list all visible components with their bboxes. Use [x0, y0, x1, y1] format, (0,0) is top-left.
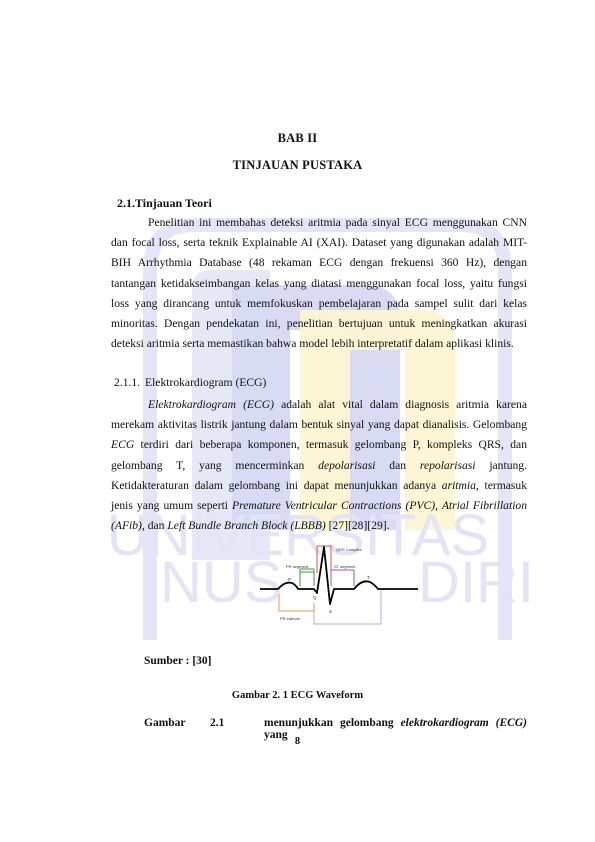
- svg-text:Q: Q: [313, 595, 317, 600]
- subsection-title: Elektrokardiogram (ECG): [145, 376, 266, 389]
- paragraph-line: gelombang T, yang mencerminkan depolaris…: [111, 456, 527, 476]
- subsection-number: 2.1.1.: [114, 376, 145, 389]
- svg-text:S: S: [329, 609, 332, 614]
- svg-text:R: R: [322, 550, 326, 556]
- subsection-heading: 2.1.1.Elektrokardiogram (ECG): [114, 376, 266, 389]
- paragraph-line: (AFib), dan Left Bundle Branch Block (LB…: [111, 516, 527, 536]
- paragraph-line: tantangan ketidakseimbangan kelas yang d…: [111, 274, 527, 294]
- chapter-number: BAB II: [0, 131, 595, 146]
- svg-text:ST segment: ST segment: [334, 564, 356, 569]
- paragraph-line: Penelitian ini membahas deteksi aritmia …: [111, 213, 527, 233]
- figure-caption: Gambar 2. 1 ECG Waveform: [0, 690, 595, 701]
- paragraph-line: Elektrokardiogram (ECG) adalah alat vita…: [111, 395, 527, 415]
- paragraph-line: loss yang dirancang untuk memfokuskan pe…: [111, 294, 527, 314]
- paragraph-line: ECG terdiri dari beberapa komponen, term…: [111, 435, 527, 455]
- page-number: 8: [0, 736, 595, 747]
- svg-text:P: P: [288, 577, 291, 582]
- ecg-waveform-figure: R QRS Complex PR segment ST segment P T …: [258, 541, 423, 633]
- figure-source: Sumber : [30]: [144, 655, 212, 667]
- paragraph-line: merekam aktivitas listrik jantung dalam …: [111, 415, 527, 435]
- svg-text:T: T: [367, 575, 370, 580]
- chapter-title: TINJAUAN PUSTAKA: [0, 158, 595, 173]
- paragraph-line: jenis yang umum seperti Premature Ventri…: [111, 496, 527, 516]
- svg-text:QRS Complex: QRS Complex: [336, 547, 362, 552]
- paragraph-line: deteksi aritmia serta memastikan bahwa m…: [111, 334, 527, 354]
- svg-text:PR segment: PR segment: [286, 564, 309, 569]
- svg-text:PR interval: PR interval: [280, 616, 300, 621]
- section-heading: 2.1.Tinjauan Teori: [117, 196, 212, 211]
- paragraph-line: Ketidakteraturan dalam gelombang ini dap…: [111, 476, 527, 496]
- paragraph-line: dan focal loss, serta teknik Explainable…: [111, 233, 527, 253]
- paragraph-line: minoritas. Dengan pendekatan ini, peneli…: [111, 314, 527, 334]
- subsection-paragraph: Elektrokardiogram (ECG) adalah alat vita…: [111, 395, 527, 536]
- section-paragraph: Penelitian ini membahas deteksi aritmia …: [111, 213, 527, 354]
- paragraph-line: BIH Arrhythmia Database (48 rekaman ECG …: [111, 253, 527, 273]
